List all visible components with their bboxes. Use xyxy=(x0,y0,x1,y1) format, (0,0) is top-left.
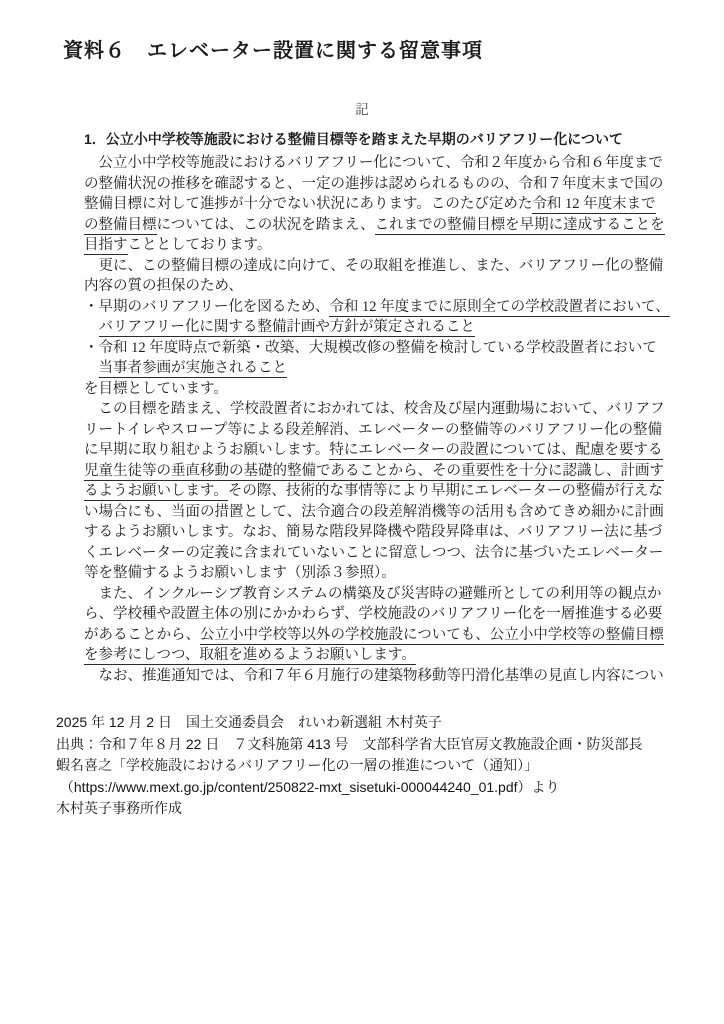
body-line: 公立小中学校等施設におけるバリアフリー化について、令和２年度から令和６年度まで xyxy=(84,153,670,174)
body-line: るようお願いします。その際、技術的な事情等により早期にエレベーターの整備が行えな xyxy=(84,481,670,502)
body-text: するようお願いします。なお、簡易な階段昇降機や階段昇降車は、バリアフリー法に基づ xyxy=(84,524,662,540)
body-text: リートイレやスロープ等による段差解消、エレベーターの整備等のバリアフリー化の整備 xyxy=(84,422,662,438)
body-text xyxy=(84,360,99,376)
body-line: の整備目標については、この状況を踏まえ、これまでの整備目標を早期に達成することを xyxy=(84,215,670,236)
underlined-text: 目指す xyxy=(84,237,128,255)
body-line: ら、学校種や設置主体の別にかかわらず、学校施設のバリアフリー化を一層推進する必要 xyxy=(84,604,670,625)
footer-line: 2025 年 12 月 2 日 国土交通委員会 れいわ新選組 木村英子 xyxy=(56,712,643,734)
body-text: に早期に取り組むようお願いします。 xyxy=(84,442,329,458)
body-line: ・令和 12 年度時点で新築・改築、大規模改修の整備を検討している学校設置者にお… xyxy=(84,338,670,359)
underlined-text: 令和 12 年度末まで xyxy=(532,196,655,214)
body-text: また、インクルーシブ教育システムの構築及び災害時の避難所としての利用等の観点か xyxy=(84,586,662,602)
underlined-text: を参考にしつつ、取組を進めるようお願いします。 xyxy=(84,647,416,665)
body-text xyxy=(84,319,99,335)
document-page: 資料６ エレベーター設置に関する留意事項 記 1．公立小中学校等施設における整備… xyxy=(0,0,724,1024)
body-text: を目標としています。 xyxy=(84,381,228,397)
body-line: くエレベーターの定義に含まれていないことに留意しつつ、法令に基づいたエレベーター xyxy=(84,543,670,564)
body-text: 整備目標に対して進捗が十分でない状況にあります。このたび定めた xyxy=(84,196,532,212)
body-line: の整備状況の推移を確認すると、一定の進捗は認められるものの、令和７年度末まで国の xyxy=(84,174,670,195)
body-line: バリアフリー化に関する整備計画や方針が策定されること xyxy=(84,317,670,338)
document-title: 資料６ エレベーター設置に関する留意事項 xyxy=(63,34,483,63)
footer-line: 木村英子事務所作成 xyxy=(56,798,643,820)
body-text: ・令和 12 年度時点で新築・改築、大規模改修の整備を検討している学校設置者にお… xyxy=(84,340,657,356)
underlined-text: バリアフリー化に関する整備計画や方針が策定されること xyxy=(99,319,475,337)
document-footer: 2025 年 12 月 2 日 国土交通委員会 れいわ新選組 木村英子出典：令和… xyxy=(56,712,643,820)
underlined-text: 当事者参画が実施されること xyxy=(99,360,288,378)
body-line: を参考にしつつ、取組を進めるようお願いします。 xyxy=(84,645,670,666)
body-line: 更に、この整備目標の達成に向けて、その取組を推進し、また、バリアフリー化の整備 xyxy=(84,256,670,277)
section-heading: 1．公立小中学校等施設における整備目標等を踏まえた早期のバリアフリー化について xyxy=(84,129,623,149)
body-line: 内容の質の担保のため、 xyxy=(84,276,670,297)
body-line: 目指すこととしております。 xyxy=(84,235,670,256)
underlined-text: 特にエレベーターの設置については、配慮を要する xyxy=(329,442,662,460)
body-line: この目標を踏まえ、学校設置者におかれては、校舎及び屋内運動場において、バリアフ xyxy=(84,399,670,420)
body-line: に早期に取り組むようお願いします。特にエレベーターの設置については、配慮を要する xyxy=(84,440,670,461)
body-line: するようお願いします。なお、簡易な階段昇降機や階段昇降車は、バリアフリー法に基づ xyxy=(84,522,670,543)
underlined-text: 公立小中学校等以外の学校施設についても、公立小中学校等の整備目標 xyxy=(200,627,664,645)
body-line: があることから、公立小中学校等以外の学校施設についても、公立小中学校等の整備目標 xyxy=(84,625,670,646)
body-text: の整備状況の推移を確認すると、一定の進捗は認められるものの、令和７年度末まで国の xyxy=(84,176,663,192)
body-text: ら、学校種や設置主体の別にかかわらず、学校施設のバリアフリー化を一層推進する必要 xyxy=(84,606,662,622)
body-text: なお、推進通知では、令和７年６月施行の建築物移動等円滑化基準の見直し内容につい xyxy=(84,668,664,684)
footer-line: 出典：令和７年８月 22 日 ７文科施第 413 号 文部科学省大臣官房文教施設… xyxy=(56,734,643,756)
body-text: 等を整備するようお願いします（別添３参照）。 xyxy=(84,565,396,581)
body-line: なお、推進通知では、令和７年６月施行の建築物移動等円滑化基準の見直し内容につい xyxy=(84,666,670,687)
document-body: 公立小中学校等施設におけるバリアフリー化について、令和２年度から令和６年度までの… xyxy=(84,153,670,686)
body-text: その際、技術的な事情等により早期にエレベーターの整備が行えな xyxy=(228,483,663,499)
footer-line: （https://www.mext.go.jp/content/250822-m… xyxy=(56,777,643,799)
body-line: ・早期のバリアフリー化を図るため、令和 12 年度までに原則全ての学校設置者にお… xyxy=(84,297,670,318)
footer-line: 蝦名喜之「学校施設におけるバリアフリー化の一層の推進について（通知）」 xyxy=(56,755,643,777)
body-text: については、この状況を踏まえ、 xyxy=(157,217,375,233)
body-line: を目標としています。 xyxy=(84,379,670,400)
body-line: また、インクルーシブ教育システムの構築及び災害時の避難所としての利用等の観点か xyxy=(84,584,670,605)
body-line: 整備目標に対して進捗が十分でない状況にあります。このたび定めた令和 12 年度末… xyxy=(84,194,670,215)
body-line: 当事者参画が実施されること xyxy=(84,358,670,379)
body-text: 公立小中学校等施設におけるバリアフリー化について、令和２年度から令和６年度まで xyxy=(84,155,663,171)
body-text: ・早期のバリアフリー化を図るため、 xyxy=(84,299,329,315)
underlined-text: 児童生徒等の垂直移動の基礎的整備であることから、その重要性を十分に認識し、計画す xyxy=(84,463,664,481)
body-text: くエレベーターの定義に含まれていないことに留意しつつ、法令に基づいたエレベーター xyxy=(84,545,663,561)
body-line: 児童生徒等の垂直移動の基礎的整備であることから、その重要性を十分に認識し、計画す xyxy=(84,461,670,482)
body-text: こととしております。 xyxy=(128,237,272,253)
underlined-text: るようお願いします。 xyxy=(84,483,228,501)
body-text: この目標を踏まえ、学校設置者におかれては、校舎及び屋内運動場において、バリアフ xyxy=(84,401,665,417)
body-text: 内容の質の担保のため、 xyxy=(84,278,243,294)
body-text: があることから、 xyxy=(84,627,200,643)
notice-marker: 記 xyxy=(0,98,724,118)
underlined-text: の整備目標 xyxy=(84,217,157,235)
body-line: 等を整備するようお願いします（別添３参照）。 xyxy=(84,563,670,584)
body-text: い場合にも、当面の措置として、法令適合の段差解消機等の活用も含めてきめ細かに計画 xyxy=(84,504,664,520)
body-text: 更に、この整備目標の達成に向けて、その取組を推進し、また、バリアフリー化の整備 xyxy=(84,258,663,274)
underlined-text: 令和 12 年度までに原則全ての学校設置者において、 xyxy=(329,299,669,317)
underlined-text: これまでの整備目標を早期に達成することを xyxy=(375,217,665,235)
body-line: リートイレやスロープ等による段差解消、エレベーターの整備等のバリアフリー化の整備 xyxy=(84,420,670,441)
body-line: い場合にも、当面の措置として、法令適合の段差解消機等の活用も含めてきめ細かに計画 xyxy=(84,502,670,523)
